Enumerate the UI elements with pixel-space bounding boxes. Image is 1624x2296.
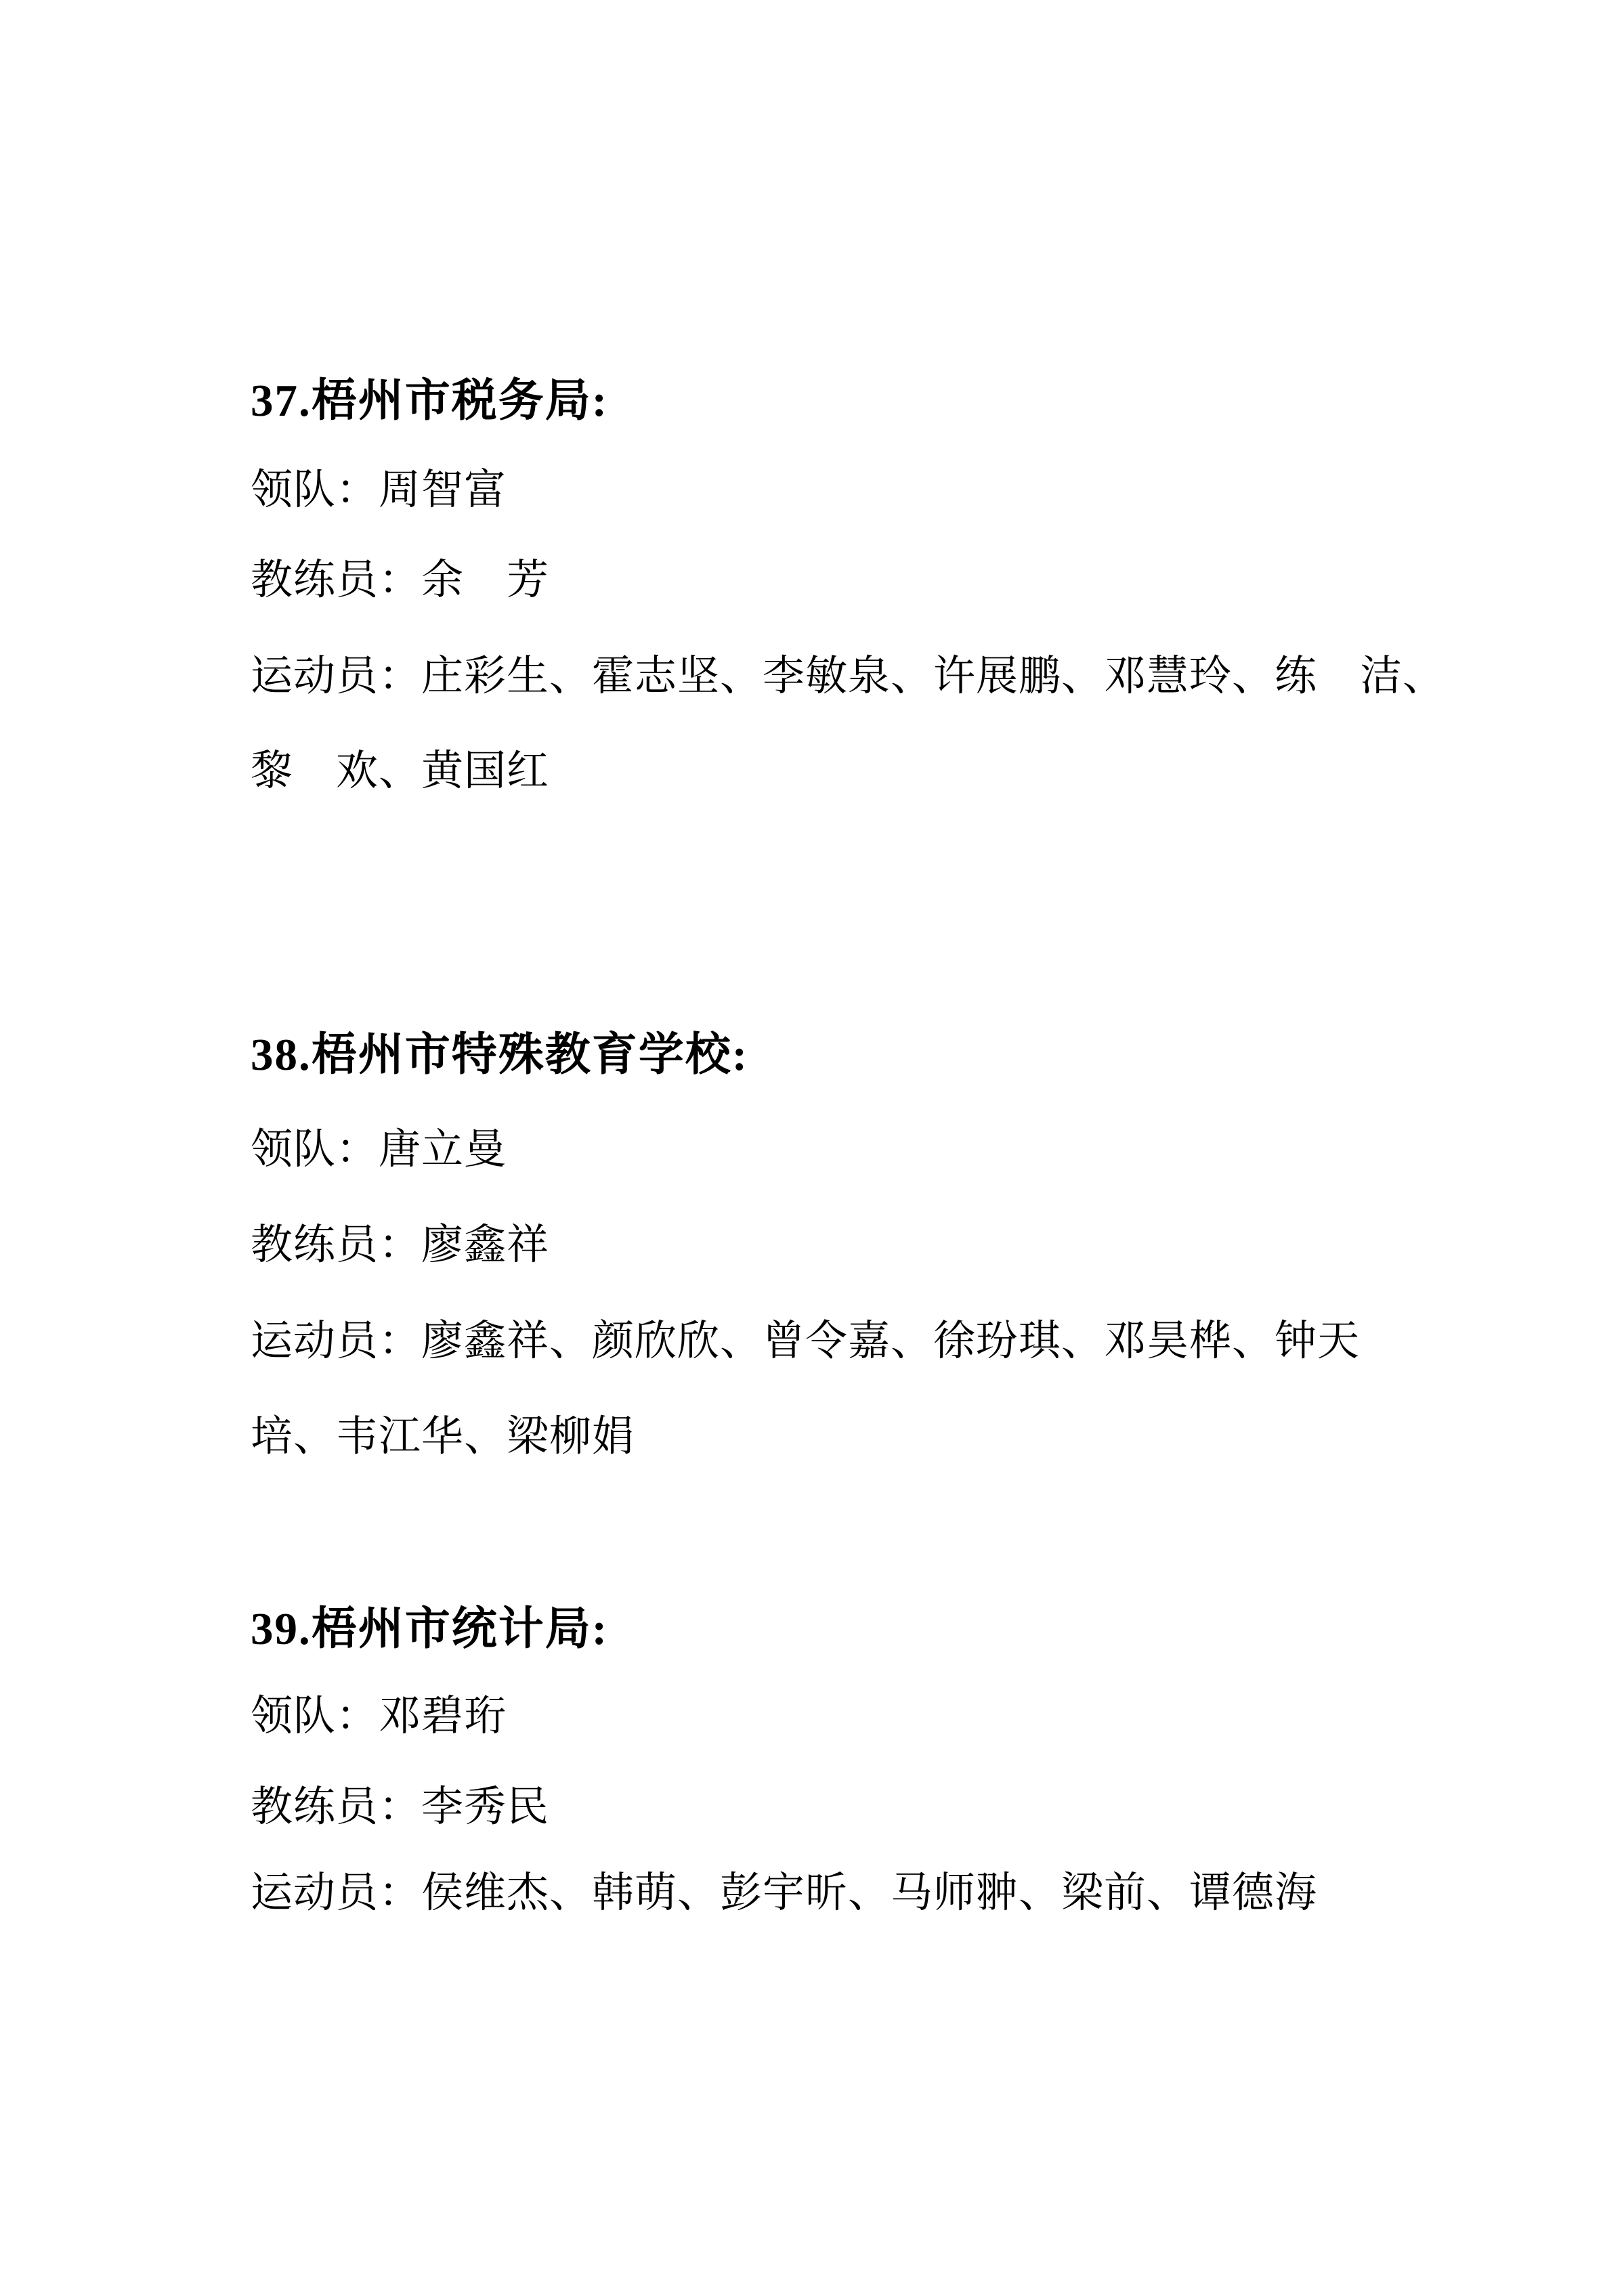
- team-38-athletes-line-2: 培、韦江华、梁柳娟: [251, 1414, 635, 1460]
- team-39-coach-line: 教练员：李秀民: [251, 1784, 549, 1830]
- team-37-athletes-line-1: 运动员：庄彩生、霍志坚、李敏泉、许展鹏、邓慧玲、练 洁、: [251, 653, 1445, 699]
- team-37-heading: 37.梧州市税务局:: [251, 376, 608, 427]
- team-38-athletes-line-1: 运动员：廖鑫祥、颜欣欣、曾令嘉、徐玢琪、邓昊桦、钟天: [251, 1318, 1360, 1364]
- team-39-heading: 39.梧州市统计局:: [251, 1605, 608, 1655]
- team-38-leader-line: 领队：唐立曼: [251, 1127, 507, 1173]
- team-39-athletes-line-1: 运动员：侯维杰、韩萌、彭宇昕、马师翀、梁前、谭德海: [251, 1870, 1317, 1916]
- team-38-heading: 38.梧州市特殊教育学校:: [251, 1031, 748, 1081]
- team-37-athletes-line-2: 黎 欢、黄国红: [251, 748, 549, 794]
- team-37-coach-line: 教练员：余 芳: [251, 557, 549, 603]
- document-page: 37.梧州市税务局: 领队：周智富 教练员：余 芳 运动员：庄彩生、霍志坚、李敏…: [0, 0, 1624, 2296]
- team-39-leader-line: 领队：邓碧珩: [251, 1693, 507, 1739]
- team-38-coach-line: 教练员：廖鑫祥: [251, 1222, 549, 1268]
- team-37-leader-line: 领队：周智富: [251, 467, 507, 513]
